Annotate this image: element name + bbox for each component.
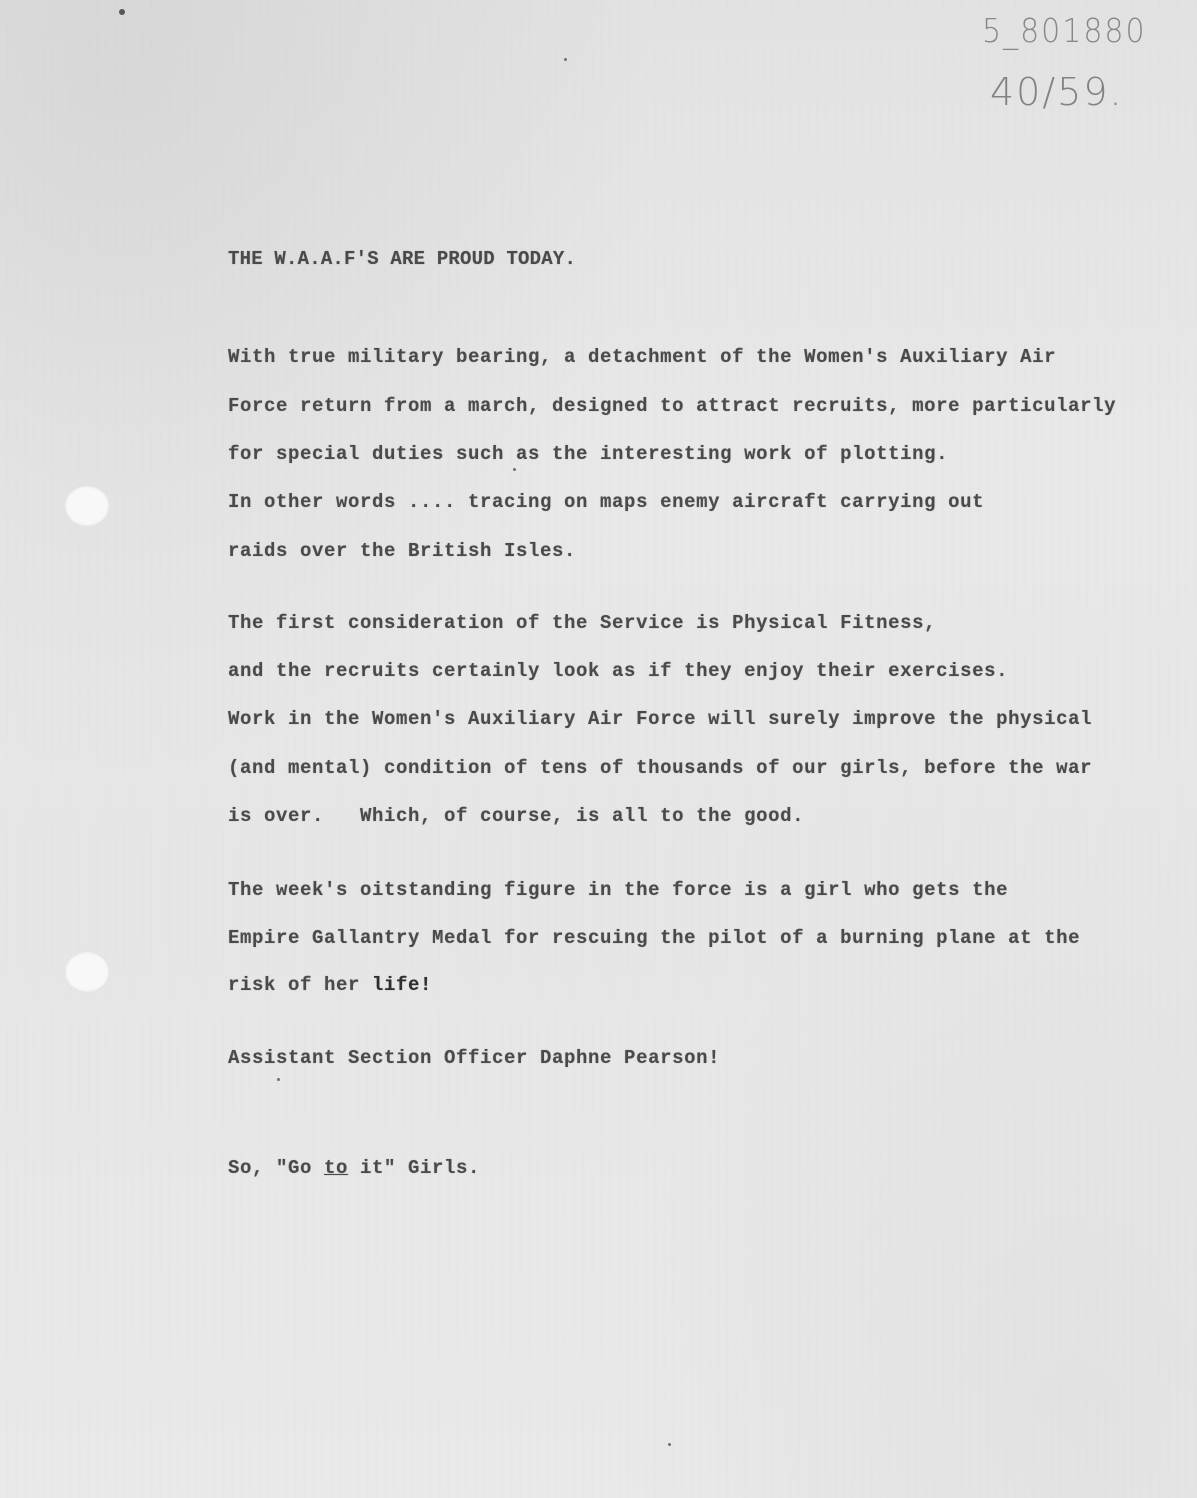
paragraph-2-line-5: is over. Which, of course, is all to the…	[228, 805, 804, 827]
paragraph-2-line-4: (and mental) condition of tens of thousa…	[228, 757, 1092, 779]
emphasized-word: life!	[372, 974, 432, 996]
closing-suffix: it" Girls.	[348, 1157, 480, 1179]
paragraph-3-line-3-text: risk of her	[228, 974, 372, 996]
paragraph-2-line-1: The first consideration of the Service i…	[228, 612, 936, 634]
closing-prefix: So, "Go	[228, 1157, 324, 1179]
handwritten-reference-number: 5_801880	[982, 12, 1147, 51]
paragraph-1-line-2: Force return from a march, designed to a…	[228, 395, 1116, 417]
scan-speck	[277, 1078, 280, 1081]
scan-speck	[564, 58, 567, 61]
scan-speck	[119, 9, 125, 15]
paragraph-1-line-5: raids over the British Isles.	[228, 540, 576, 562]
paragraph-3-line-1: The week's oitstanding figure in the for…	[228, 879, 1008, 901]
closing-underlined-word: to	[324, 1157, 348, 1179]
paragraph-3-line-2: Empire Gallantry Medal for rescuing the …	[228, 927, 1080, 949]
scanned-document-page: 5_801880 40/59. THE W.A.A.F'S ARE PROUD …	[0, 0, 1197, 1498]
scan-speck	[513, 468, 516, 471]
paragraph-3-line-3: risk of her life!	[228, 974, 432, 996]
paragraph-1-line-3: for special duties such as the interesti…	[228, 443, 948, 465]
paragraph-1-line-4: In other words .... tracing on maps enem…	[228, 491, 984, 513]
officer-name-line: Assistant Section Officer Daphne Pearson…	[228, 1047, 720, 1069]
closing-line: So, "Go to it" Girls.	[228, 1157, 480, 1179]
paragraph-2-line-3: Work in the Women's Auxiliary Air Force …	[228, 708, 1092, 730]
punch-hole-icon	[64, 951, 110, 993]
scan-speck	[668, 1443, 671, 1446]
paragraph-1-line-1: With true military bearing, a detachment…	[228, 346, 1056, 368]
paragraph-2-line-2: and the recruits certainly look as if th…	[228, 660, 1008, 682]
punch-hole-icon	[64, 485, 110, 527]
document-title: THE W.A.A.F'S ARE PROUD TODAY.	[228, 248, 576, 270]
handwritten-folio-number: 40/59.	[990, 70, 1124, 114]
